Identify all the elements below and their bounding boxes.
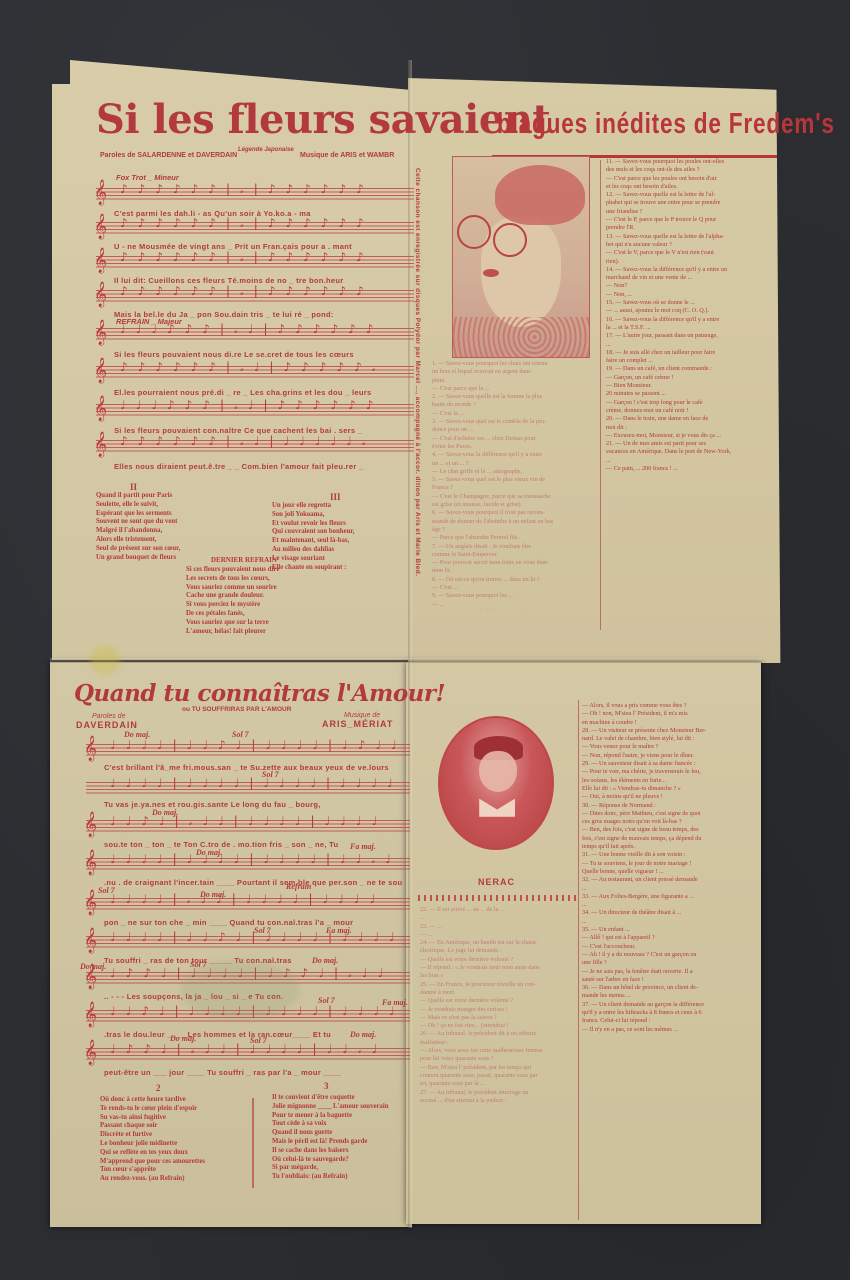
lyric-line: .nu . de craignant l'incer.tain ____ Pou… [104, 878, 402, 887]
lyric-line: Tu vas je.ya.nes et rou.gis.sante Le lon… [104, 800, 321, 809]
tempo-label: Fox Trot _ Mineur [116, 173, 179, 182]
notes: ♪♪♪♪♪♪|𝅗|♪♪♪♪♪♪ [120, 250, 410, 265]
verse-number: III [330, 492, 341, 502]
notes: ♪♪♪♪♪♪|𝅗♩|♩♩♩♩♩𝅗 [120, 434, 410, 449]
lyric-line: peut-être un ___ jour ____ Tu souffri _ … [104, 1068, 341, 1077]
last-refrain-title: DERNIER REFRAIN [211, 556, 277, 565]
verse-number: 2 [156, 1083, 161, 1093]
oval-portrait-nerac [438, 716, 554, 850]
verse-text: Il te convient d'être coquette Jolie mig… [272, 1094, 389, 1182]
song-subtitle: Légende Japonaise [238, 147, 294, 153]
notes: ♩♩♩♩|𝅗♩♩|♩♩♩♩|♩♩♩♩ [110, 892, 406, 907]
jokes-column-2: 11. — Savez-vous pourquoi les poules ont… [606, 158, 786, 638]
decorative-border [418, 895, 578, 901]
jokes-column-3: 22. — Il est arrivé ... au ... de la ...… [420, 906, 580, 1206]
column-divider [578, 700, 579, 1220]
chord-label: Fa maj. [350, 842, 376, 851]
notes: ♩♩♩♪♪♪|𝅗♩|♪♪♪♪♪♪ [120, 322, 410, 337]
verse-text: Un jour elle regretta Son joli Yokoama, … [272, 502, 354, 572]
notes: ♩♩♩♩|♩♩♪♩|♩♩♩♩|♩♩♩♩ [110, 930, 406, 944]
lyric-line: Si les fleurs pouvaient nous di.re Le se… [114, 350, 354, 359]
song-title-si-les-fleurs: Si les fleurs savaient [96, 96, 550, 143]
lyrics-credit: DAVERDAIN [76, 720, 138, 730]
music-credit: ARIS_MÉRIAT [322, 719, 393, 729]
vertical-record-note: Cette chanson est enregistrée sur disque… [414, 168, 421, 576]
notes: ♩♩♪♩|𝅗♩♩|♩♩♩♩|♩♩♩♩ [110, 814, 406, 829]
jokes-title: blagues inédites de Fredem's [497, 108, 835, 141]
song-title-quand-tu-connaitras: Quand tu connaîtras l'Amour! [74, 680, 445, 707]
music-credit: Musique de ARIS et WAMBR [300, 152, 394, 159]
notes: ♪♪♪♪♪♪|𝅗♩|♪♪♪♪♪𝅗 [120, 360, 410, 375]
song-subtitle: ou TU SOUFFRIRAS PAR L'AMOUR [182, 706, 291, 713]
water-stain [180, 960, 300, 1020]
sheet-music-quand-tu-connaitras: Do maj. Sol 7 𝄞 ♩♩♩♩|♩♩♪♩|♩♩♩♩|♩♪♩♩ C'es… [86, 730, 410, 1080]
column-divider [600, 160, 601, 630]
notes: ♩♩♩♩|♩♩♩♩|♩♩♩♩|♩♩♩♩ [110, 776, 406, 790]
chord-label: Do maj. [312, 956, 338, 965]
verse-divider [252, 1098, 254, 1188]
jokes-column-4: — Alors, il vous a pris comme vous êtes … [582, 702, 760, 1210]
portrait-caption: NERAC [478, 877, 515, 887]
last-refrain-text: Si ces fleurs pouvaient nous dire Les se… [186, 566, 279, 636]
notes: ♩♩♩♩|♩♩♩♩|♩♩♩♩|♩♩𝅗♩ [110, 852, 406, 867]
refrain-label: Refrain [286, 882, 311, 891]
caricature-portrait [452, 156, 590, 358]
verse-number: II [130, 482, 137, 492]
yellow-stain [90, 645, 120, 675]
notes: ♪♪♪♪♪♪|𝅗|♪♪♪♪♪♪ [120, 182, 410, 197]
chord-label: Do maj. [350, 1030, 376, 1039]
lyric-line: C'est brillant l'â_me fri.mous.san _ te … [104, 763, 389, 772]
lyrics-credit: Paroles de SALARDENNE et DAVERDAIN [100, 152, 237, 159]
notes: ♩♪♪♩|𝅗♩♩|♩♩♩♩|♩♩𝅗♩ [110, 1042, 406, 1057]
lyric-line: pon _ ne sur ton che _ min ____ Quand tu… [104, 918, 353, 927]
verse-number: 3 [324, 1081, 329, 1091]
horizontal-fold [50, 658, 762, 663]
notes: ♪♪♪♪♪♪|𝅗|♪♪♪♪♪♪ [120, 216, 410, 231]
verse-text: Où donc à cette heure tardive Te rends-t… [100, 1096, 205, 1184]
lyric-line: .tras le dou.leur ____ Les hommes et la … [104, 1030, 331, 1039]
lyric-line: El.les pourraient nous pré.di _ re _ Les… [114, 388, 371, 397]
notes: ♩♩♩♪♪♪|𝅗♩|♪♪♪♪♪♪ [120, 398, 410, 413]
notes: ♩♩♩♩|♩♩♪♩|♩♩♩♩|♩♪♩♩ [110, 738, 406, 752]
sheet-music-si-les-fleurs: Fox Trot _ Mineur 𝄞 ♪♪♪♪♪♪|𝅗|♪♪♪♪♪♪ C'es… [96, 170, 414, 490]
jokes-column-1: 1. — Savez-vous pourquoi les chats ont r… [432, 360, 602, 610]
verse-text: Quand il partit pour Paris Seulette, ell… [96, 492, 180, 562]
notes: ♪♪♪♪♪♪|𝅗|♪♪♪♪♪♪ [120, 284, 410, 299]
music-credit-label: Musique de [344, 712, 380, 719]
lyrics-credit-label: Paroles de [92, 713, 125, 720]
lyric-line: Elles nous diraient peut.ê.tre _ _ Com.b… [114, 462, 363, 471]
